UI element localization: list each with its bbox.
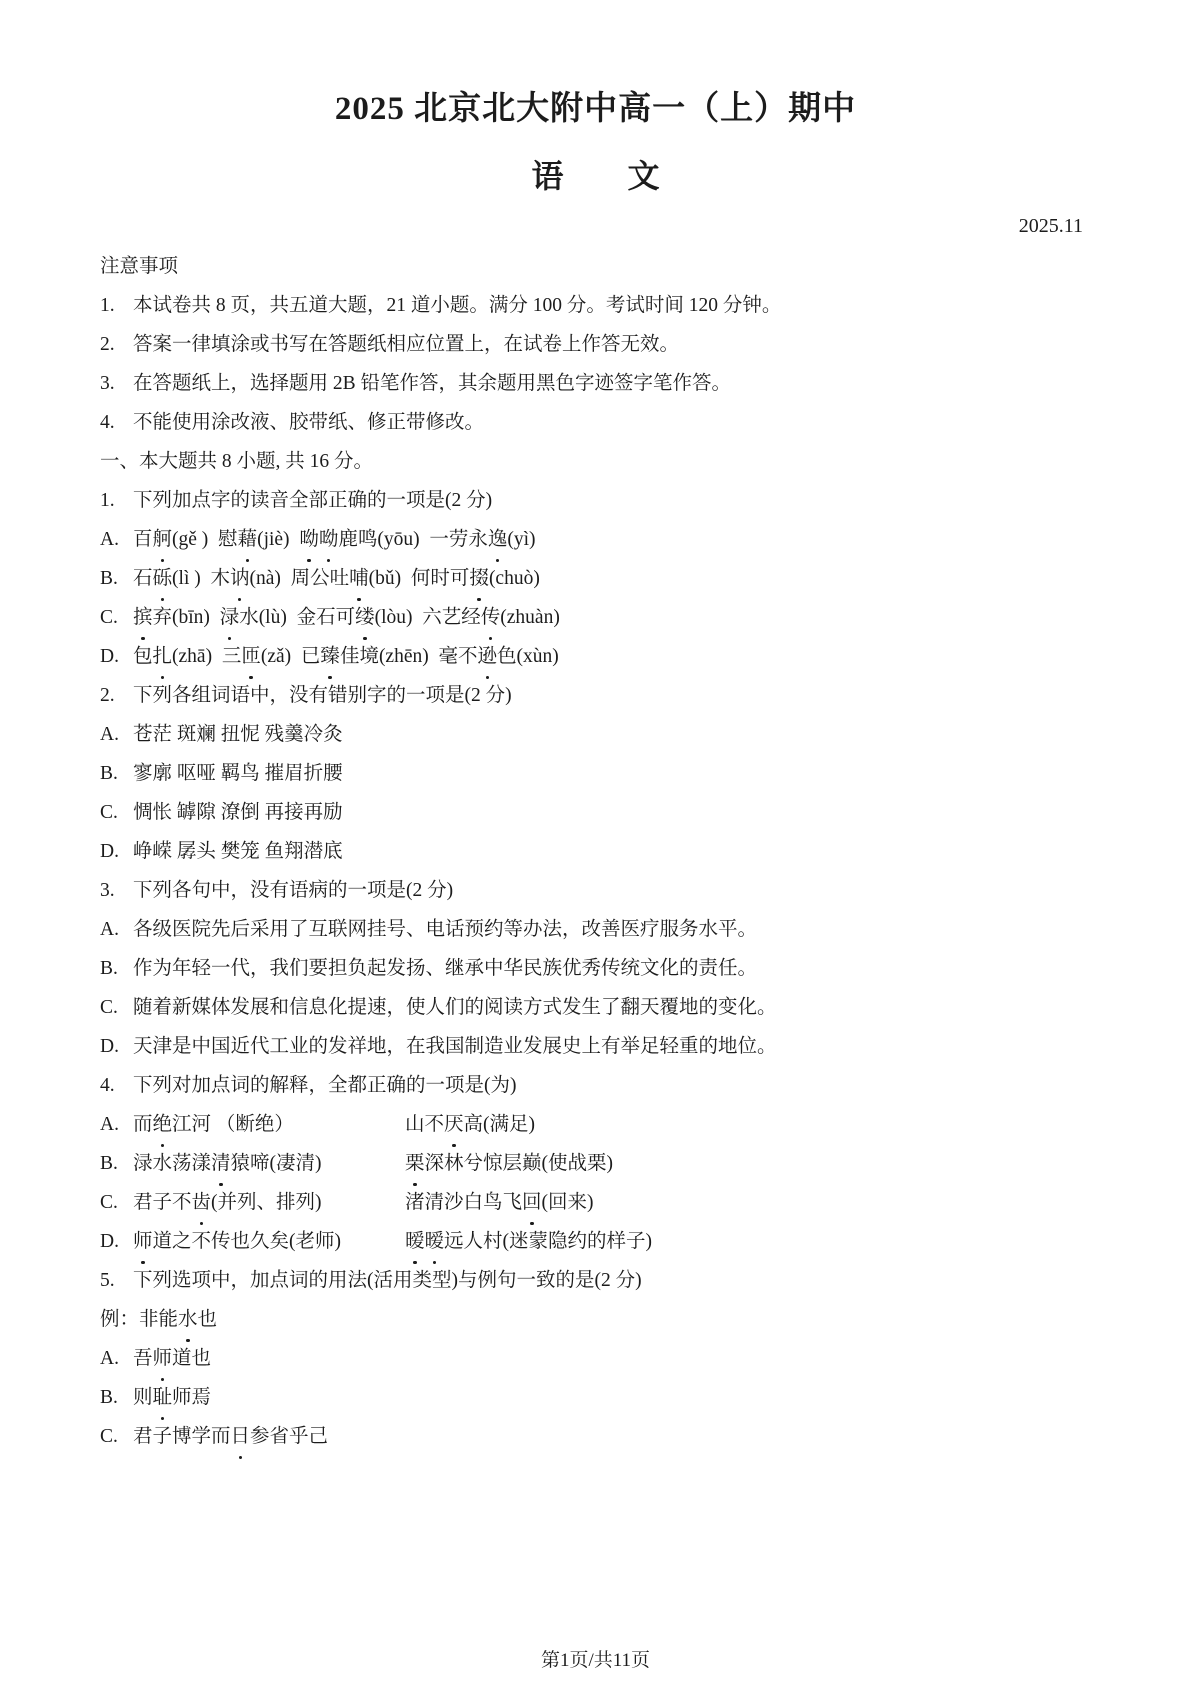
option-line: C.随着新媒体发展和信息化提速，使人们的阅读方式发生了翻天覆地的变化。 xyxy=(100,988,1101,1027)
emphasis-dot-char: 呦 xyxy=(319,520,339,559)
emphasis-dot-char: 传 xyxy=(481,598,501,637)
line-label: 4. xyxy=(100,403,133,442)
exam-body: 注意事项 1.本试卷共 8 页，共五道大题，21 道小题。满分 100 分。考试… xyxy=(0,247,1191,1456)
line-label: D. xyxy=(100,832,133,871)
emphasis-dot-char: 暧 xyxy=(405,1222,425,1261)
option-line: D.峥嵘 孱头 樊笼 鱼翔潜底 xyxy=(100,832,1101,871)
line-label: 例： xyxy=(100,1300,139,1339)
option-line: D.天津是中国近代工业的发祥地，在我国制造业发展史上有举足轻重的地位。 xyxy=(100,1027,1101,1066)
emphasis-dot-char: 逸 xyxy=(488,520,508,559)
option-right-phrase: 暧暧远人村(迷蒙隐约的样子) xyxy=(405,1231,652,1252)
question-stem: 4.下列对加点词的解释，全都正确的一项是(为) xyxy=(100,1066,1101,1105)
emphasis-dot-char: 绝 xyxy=(153,1105,173,1144)
line-label: C. xyxy=(100,793,133,832)
line-label: A. xyxy=(100,1105,133,1144)
emphasis-dot-char: 渌 xyxy=(220,598,240,637)
line-label: C. xyxy=(100,1183,133,1222)
line-label: C. xyxy=(100,988,133,1027)
line-label: 5. xyxy=(100,1261,133,1300)
line-label: 2. xyxy=(100,676,133,715)
option-line: A.百舸(gě ) 慰藉(jiè) 呦呦鹿鸣(yōu) 一劳永逸(yì) xyxy=(100,520,1101,559)
option-line: C.君子不齿(并列、排列)渚清沙白鸟飞回(回来) xyxy=(100,1183,1101,1222)
question-stem: 3.下列各句中，没有语病的一项是(2 分) xyxy=(100,871,1101,910)
line-label: 2. xyxy=(100,325,133,364)
option-line: C.惆怅 罅隙 潦倒 再接再励 xyxy=(100,793,1101,832)
emphasis-dot-char: 齿 xyxy=(192,1183,212,1222)
option-line: B.石砾(lì ) 木讷(nà) 周公吐哺(bǔ) 何时可掇(chuò) xyxy=(100,559,1101,598)
option-right-phrase: 山不厌高(满足) xyxy=(405,1114,535,1135)
line-label: A. xyxy=(100,715,133,754)
emphasis-dot-char: 舸 xyxy=(153,520,173,559)
emphasis-dot-char: 砾 xyxy=(153,559,173,598)
line-label: A. xyxy=(100,520,133,559)
emphasis-dot-char: 哺 xyxy=(349,559,369,598)
emphasis-dot-char: 暧 xyxy=(425,1222,445,1261)
line-label: 1. xyxy=(100,286,133,325)
option-right-phrase: 栗深林兮惊层巅(使战栗) xyxy=(405,1153,613,1174)
option-line: A.吾师道也 xyxy=(100,1339,1101,1378)
emphasis-dot-char: 缕 xyxy=(355,598,375,637)
notices-list: 1.本试卷共 8 页，共五道大题，21 道小题。满分 100 分。考试时间 12… xyxy=(100,286,1101,442)
question-stem: 1.下列加点字的读音全部正确的一项是(2 分) xyxy=(100,481,1101,520)
line-label: A. xyxy=(100,1339,133,1378)
emphasis-dot-char: 呦 xyxy=(299,520,319,559)
subject-title: 语 文 xyxy=(0,151,1191,197)
line-label: B. xyxy=(100,754,133,793)
emphasis-dot-char: 臻 xyxy=(320,637,340,676)
option-line: B.则耻师焉 xyxy=(100,1378,1101,1417)
question-block: 3.下列各句中，没有语病的一项是(2 分)A.各级医院先后采用了互联网挂号、电话… xyxy=(100,871,1101,1066)
emphasis-dot-char: 师 xyxy=(133,1222,153,1261)
line-label: B. xyxy=(100,1378,133,1417)
notices-heading: 注意事项 xyxy=(100,247,1101,286)
line-label: B. xyxy=(100,949,133,988)
question-block: 4.下列对加点词的解释，全都正确的一项是(为)A.而绝江河 （断绝）山不厌高(满… xyxy=(100,1066,1101,1261)
emphasis-dot-char: 回 xyxy=(522,1183,542,1222)
emphasis-dot-char: 摈 xyxy=(133,598,153,637)
line-label: 4. xyxy=(100,1066,133,1105)
option-line: C.君子博学而日参省乎己 xyxy=(100,1417,1101,1456)
line-label: B. xyxy=(100,1144,133,1183)
question-block: 1.下列加点字的读音全部正确的一项是(2 分)A.百舸(gě ) 慰藉(jiè)… xyxy=(100,481,1101,676)
option-line: B.渌水荡漾清猿啼(凄清)栗深林兮惊层巅(使战栗) xyxy=(100,1144,1101,1183)
question-stem: 2.下列各组词语中，没有错别字的一项是(2 分) xyxy=(100,676,1101,715)
emphasis-dot-char: 讷 xyxy=(230,559,250,598)
page-title: 2025 北京北大附中高一（上）期中 xyxy=(0,0,1191,129)
section-heading: 一、本大题共 8 小题, 共 16 分。 xyxy=(100,442,1101,481)
notice-item: 2.答案一律填涂或书写在答题纸相应位置上，在试卷上作答无效。 xyxy=(100,325,1101,364)
emphasis-dot-char: 水 xyxy=(178,1300,198,1339)
line-label: C. xyxy=(100,598,133,637)
line-label: D. xyxy=(100,637,133,676)
emphasis-dot-char: 厌 xyxy=(444,1105,464,1144)
notice-item: 4.不能使用涂改液、胶带纸、修正带修改。 xyxy=(100,403,1101,442)
emphasis-dot-char: 清 xyxy=(211,1144,231,1183)
option-left-phrase: 君子不齿(并列、排列) xyxy=(133,1183,405,1222)
option-line: A.苍茫 斑斓 扭怩 残羹冷灸 xyxy=(100,715,1101,754)
questions-container: 1.下列加点字的读音全部正确的一项是(2 分)A.百舸(gě ) 慰藉(jiè)… xyxy=(100,481,1101,1456)
emphasis-dot-char: 日 xyxy=(231,1417,251,1456)
option-line: D.师道之不传也久矣(老师)暧暧远人村(迷蒙隐约的样子) xyxy=(100,1222,1101,1261)
emphasis-dot-char: 匝 xyxy=(241,637,261,676)
question-block: 5.下列选项中，加点词的用法(活用类型)与例句一致的是(2 分)例：非能水也A.… xyxy=(100,1261,1101,1456)
option-left-phrase: 师道之不传也久矣(老师) xyxy=(133,1222,405,1261)
line-label: D. xyxy=(100,1222,133,1261)
line-label: A. xyxy=(100,910,133,949)
notice-item: 3.在答题纸上，选择题用 2B 铅笔作答，其余题用黑色字迹签字笔作答。 xyxy=(100,364,1101,403)
question-block: 2.下列各组词语中，没有错别字的一项是(2 分)A.苍茫 斑斓 扭怩 残羹冷灸B… xyxy=(100,676,1101,871)
emphasis-dot-char: 栗 xyxy=(405,1144,425,1183)
exam-date: 2025.11 xyxy=(0,213,1191,239)
option-line: B.寥廓 呕哑 羁鸟 摧眉折腰 xyxy=(100,754,1101,793)
emphasis-dot-char: 师 xyxy=(153,1339,173,1378)
page-footer: 第1页/共11页 xyxy=(0,1645,1191,1672)
line-label: 3. xyxy=(100,364,133,403)
emphasis-dot-char: 逊 xyxy=(478,637,498,676)
option-line: A.各级医院先后采用了互联网挂号、电话预约等办法，改善医疗服务水平。 xyxy=(100,910,1101,949)
line-label: 3. xyxy=(100,871,133,910)
line-label: D. xyxy=(100,1027,133,1066)
option-left-phrase: 渌水荡漾清猿啼(凄清) xyxy=(133,1144,405,1183)
option-line: C.摈弃(bīn) 渌水(lù) 金石可缕(lòu) 六艺经传(zhuàn) xyxy=(100,598,1101,637)
line-label: 1. xyxy=(100,481,133,520)
exam-page: 2025 北京北大附中高一（上）期中 语 文 2025.11 注意事项 1.本试… xyxy=(0,0,1191,1684)
line-label: C. xyxy=(100,1417,133,1456)
emphasis-dot-char: 藉 xyxy=(238,520,258,559)
option-line: A.而绝江河 （断绝）山不厌高(满足) xyxy=(100,1105,1101,1144)
question-example: 例：非能水也 xyxy=(100,1300,1101,1339)
emphasis-dot-char: 耻 xyxy=(153,1378,173,1417)
option-line: D.包扎(zhā) 三匝(zǎ) 已臻佳境(zhēn) 毫不逊色(xùn) xyxy=(100,637,1101,676)
line-label: B. xyxy=(100,559,133,598)
emphasis-dot-char: 掇 xyxy=(469,559,489,598)
notice-item: 1.本试卷共 8 页，共五道大题，21 道小题。满分 100 分。考试时间 12… xyxy=(100,286,1101,325)
question-stem: 5.下列选项中，加点词的用法(活用类型)与例句一致的是(2 分) xyxy=(100,1261,1101,1300)
option-line: B.作为年轻一代，我们要担负起发扬、继承中华民族优秀传统文化的责任。 xyxy=(100,949,1101,988)
option-left-phrase: 而绝江河 （断绝） xyxy=(133,1105,405,1144)
option-right-phrase: 渚清沙白鸟飞回(回来) xyxy=(405,1192,594,1213)
emphasis-dot-char: 扎 xyxy=(153,637,173,676)
